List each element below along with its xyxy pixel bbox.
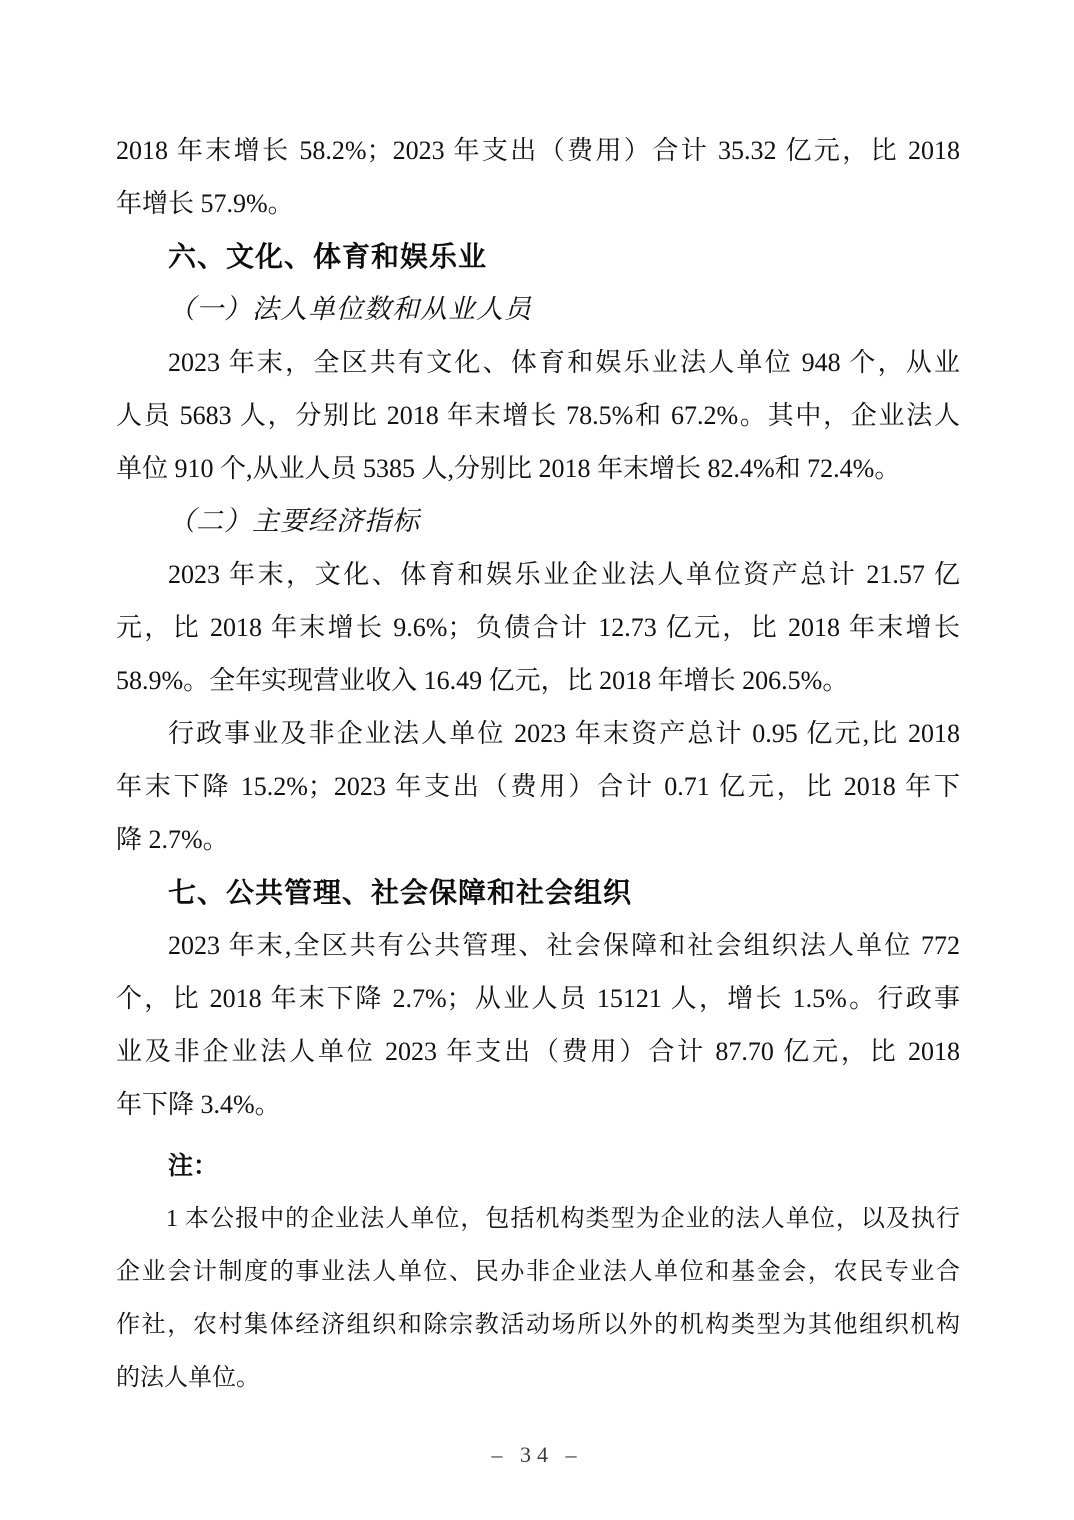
text-line: 年下降 3.4%。 <box>116 1078 960 1131</box>
text-line: 业及非企业法人单位 2023 年支出（费用）合计 87.70 亿元，比 2018 <box>116 1025 960 1078</box>
text-line: 作社，农村集体经济组织和除宗教活动场所以外的机构类型为其他组织机构 <box>116 1299 960 1352</box>
subsection-heading: （一）法人单位数和从业人员 <box>116 283 960 336</box>
page-footer: – 34 – <box>0 1442 1074 1468</box>
text-line: 降 2.7%。 <box>116 813 960 866</box>
body-paragraph: 2023 年末，文化、体育和娱乐业企业法人单位资产总计 21.57 亿元，比 2… <box>116 548 960 707</box>
section-heading: 七、公共管理、社会保障和社会组织 <box>116 866 960 919</box>
body-paragraph: 2018 年末增长 58.2%；2023 年支出（费用）合计 35.32 亿元，… <box>116 124 960 230</box>
document-page: 2018 年末增长 58.2%；2023 年支出（费用）合计 35.32 亿元，… <box>0 0 1074 1520</box>
subsection-heading: （二）主要经济指标 <box>116 495 960 548</box>
text-line: 元，比 2018 年末增长 9.6%；负债合计 12.73 亿元，比 2018 … <box>116 601 960 654</box>
document-body: 2018 年末增长 58.2%；2023 年支出（费用）合计 35.32 亿元，… <box>116 124 960 1405</box>
body-paragraph: 2023 年末，全区共有文化、体育和娱乐业法人单位 948 个，从业人员 568… <box>116 336 960 495</box>
text-line: 个，比 2018 年末下降 2.7%；从业人员 15121 人，增长 1.5%。… <box>116 972 960 1025</box>
body-paragraph: 行政事业及非企业法人单位 2023 年末资产总计 0.95 亿元,比 2018年… <box>116 707 960 866</box>
text-line: 人员 5683 人，分别比 2018 年末增长 78.5%和 67.2%。其中，… <box>116 389 960 442</box>
note-paragraph: 1 本公报中的企业法人单位，包括机构类型为企业的法人单位，以及执行企业会计制度的… <box>116 1193 960 1405</box>
page-number: – 34 – <box>492 1442 583 1467</box>
section-heading: 六、文化、体育和娱乐业 <box>116 230 960 283</box>
text-line: 58.9%。全年实现营业收入 16.49 亿元，比 2018 年增长 206.5… <box>116 654 960 707</box>
text-line: 企业会计制度的事业法人单位、民办非企业法人单位和基金会，农民专业合 <box>116 1246 960 1299</box>
text-line: 2023 年末，文化、体育和娱乐业企业法人单位资产总计 21.57 亿 <box>116 548 960 601</box>
text-line: 年增长 57.9%。 <box>116 177 960 230</box>
text-line: 2023 年末，全区共有文化、体育和娱乐业法人单位 948 个，从业 <box>116 336 960 389</box>
text-line: 行政事业及非企业法人单位 2023 年末资产总计 0.95 亿元,比 2018 <box>116 707 960 760</box>
body-paragraph: 2023 年末,全区共有公共管理、社会保障和社会组织法人单位 772个，比 20… <box>116 919 960 1131</box>
text-line: 1 本公报中的企业法人单位，包括机构类型为企业的法人单位，以及执行 <box>116 1193 960 1246</box>
text-line: 2023 年末,全区共有公共管理、社会保障和社会组织法人单位 772 <box>116 919 960 972</box>
text-line: 单位 910 个,从业人员 5385 人,分别比 2018 年末增长 82.4%… <box>116 442 960 495</box>
notes-label: 注： <box>116 1140 960 1193</box>
text-line: 的法人单位。 <box>116 1352 960 1405</box>
text-line: 2018 年末增长 58.2%；2023 年支出（费用）合计 35.32 亿元，… <box>116 124 960 177</box>
text-line: 年末下降 15.2%；2023 年支出（费用）合计 0.71 亿元，比 2018… <box>116 760 960 813</box>
